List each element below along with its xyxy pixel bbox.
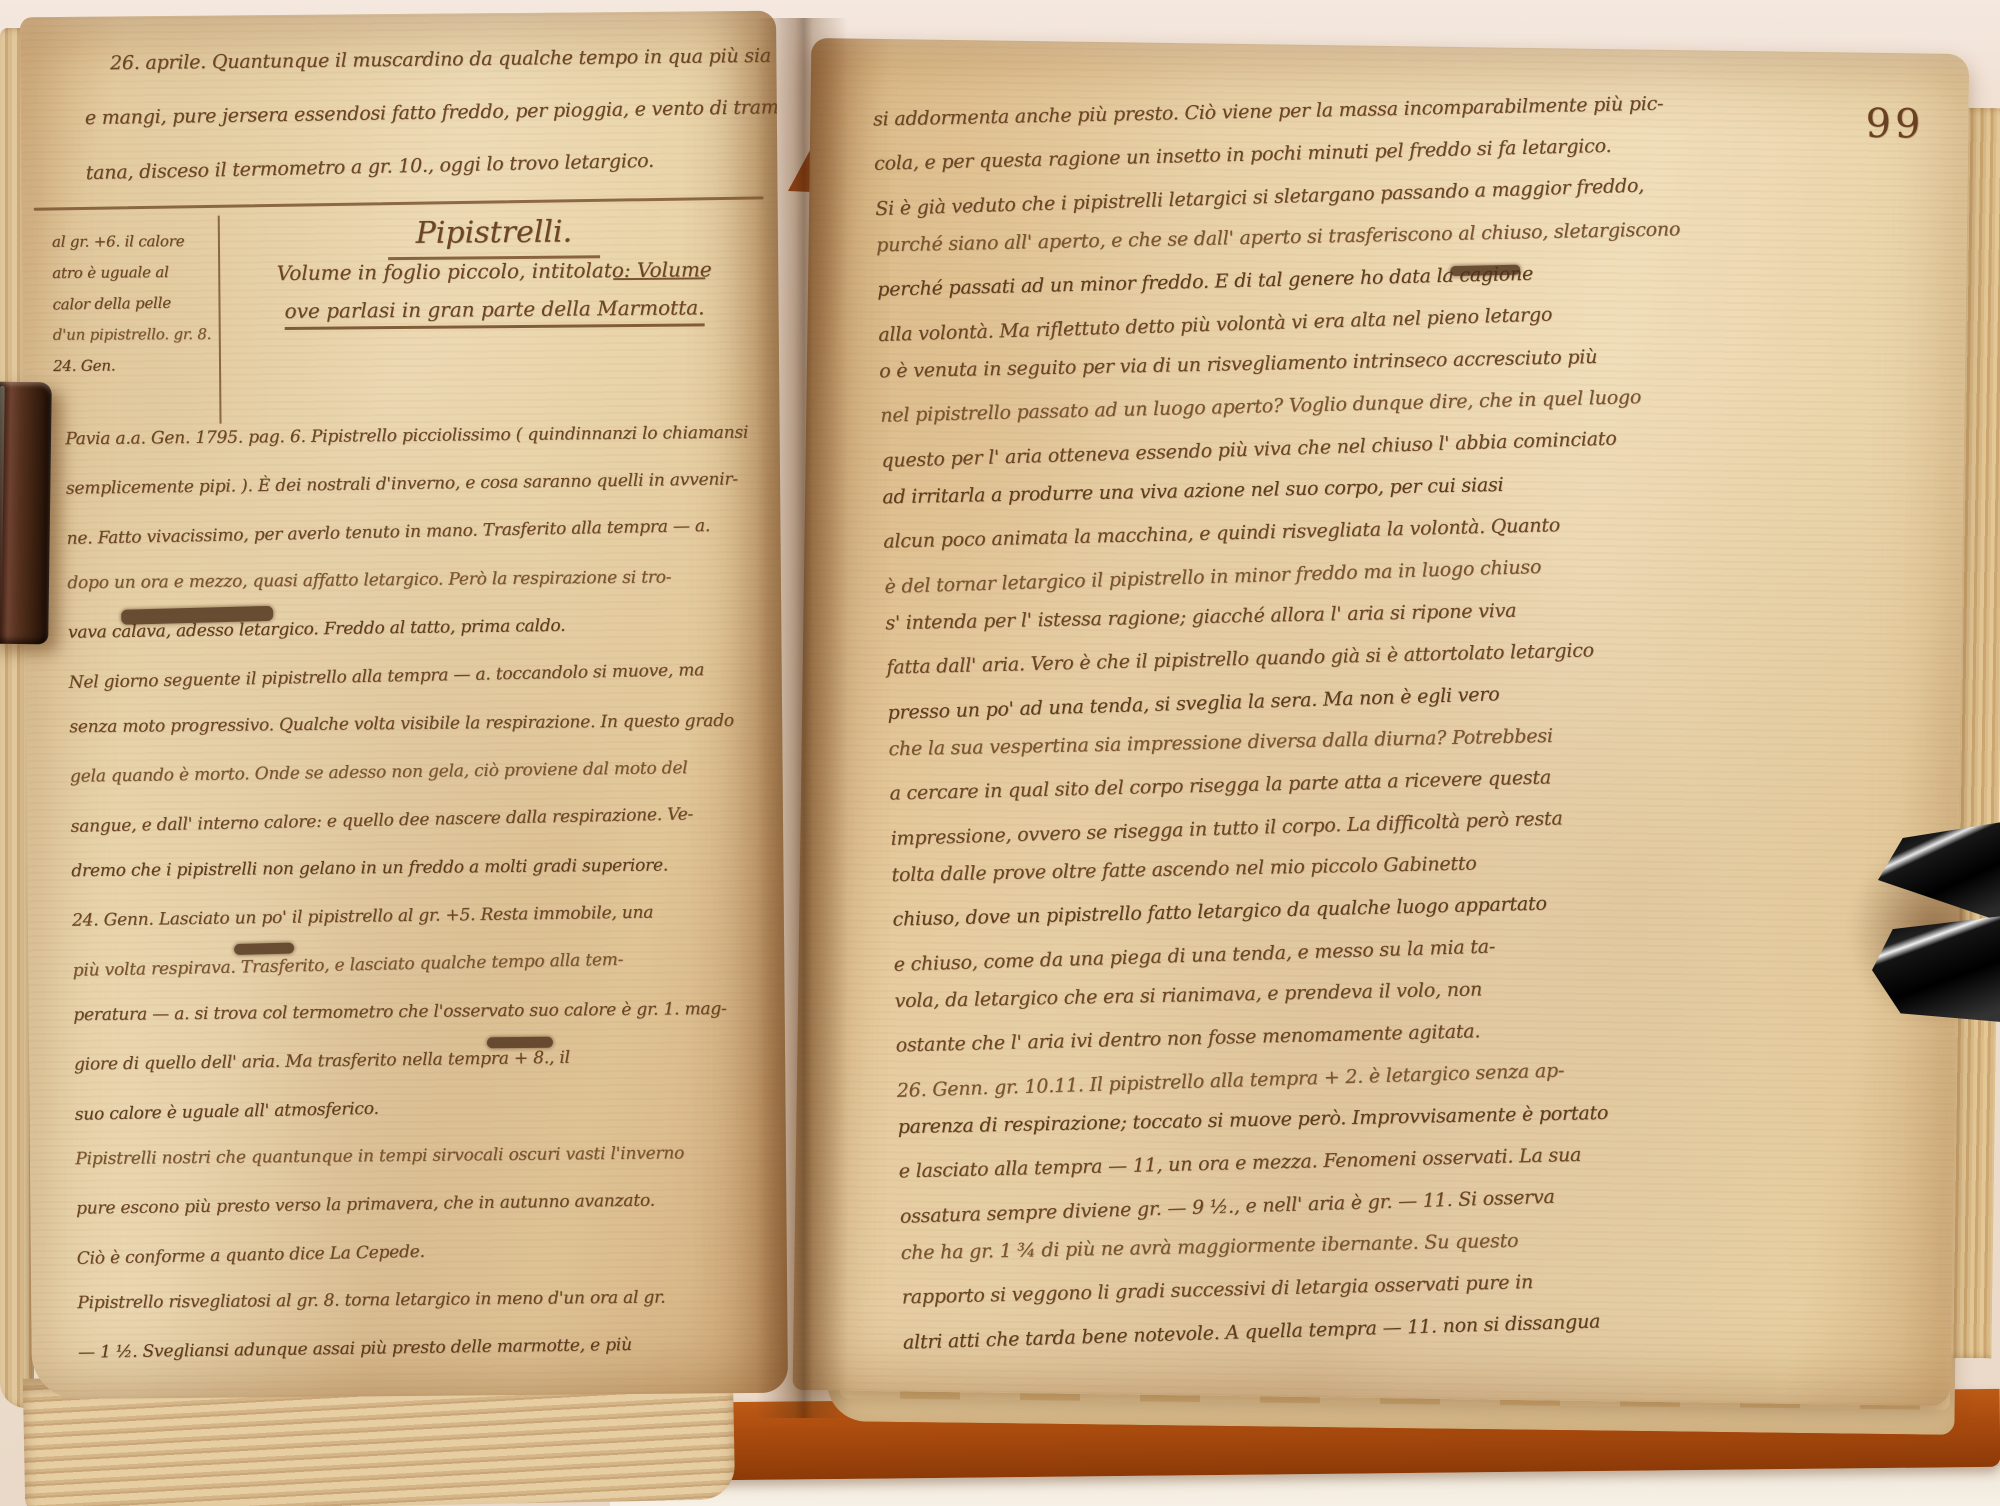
handwritten-line: Pavia a.a. Gen. 1795. pag. 6. Pipistrell…: [65, 409, 763, 464]
handwritten-line: dopo un ora e mezzo, quasi affatto letar…: [67, 553, 765, 608]
handwritten-line: calor della pelle: [52, 287, 212, 320]
handwritten-line: Pipistrelli nostri che quantunque in tem…: [75, 1128, 773, 1183]
manuscript-photo: 26. aprile. Quantunque il muscardino da …: [0, 0, 2000, 1506]
margin-note: al gr. +6. il caloreatro è uguale alcalo…: [38, 216, 222, 426]
clip-highlight: [0, 386, 5, 636]
handwritten-line: Pipistrello risvegliatosi al gr. 8. torn…: [77, 1272, 775, 1327]
section-subtitle-line-1: Volume in foglio piccolo, intitolato: Vo…: [277, 257, 712, 285]
left-page-intro-paragraph: 26. aprile. Quantunque il muscardino da …: [84, 29, 760, 199]
handwritten-line: senza moto progressivo. Qualche volta vi…: [69, 697, 767, 752]
left-page-body-text: Pavia a.a. Gen. 1795. pag. 6. Pipistrell…: [65, 407, 776, 1377]
handwritten-line: 24. Gen.: [53, 350, 213, 382]
right-manuscript-page: 99 si addormenta anche più presto. Ciò v…: [793, 38, 1970, 1406]
right-page-body-text: si addormenta anche più presto. Ciò vien…: [873, 74, 1970, 1360]
handwritten-line: 26. aprile. Quantunque il muscardino da …: [110, 30, 759, 90]
handwritten-line: atro è uguale al: [52, 257, 212, 289]
ink-strikethrough: [1450, 265, 1520, 276]
left-manuscript-page: 26. aprile. Quantunque il muscardino da …: [20, 11, 788, 1400]
section-title: Pipistrelli.: [387, 214, 600, 260]
handwritten-line: al gr. +6. il calore: [52, 226, 212, 258]
section-heading-block: Pipistrelli. Volume in foglio piccolo, i…: [234, 213, 755, 331]
handwritten-line: dremo che i pipistrelli non gelano in un…: [71, 841, 769, 896]
handwritten-line: — 1 ½. Svegliansi adunque assai più pres…: [78, 1319, 777, 1377]
section-subtitle-line-2: ove parlasi in gran parte della Marmotta…: [285, 295, 705, 330]
ink-strikethrough: [487, 1037, 553, 1049]
ink-strikethrough: [234, 942, 294, 955]
handwritten-line: d'un pipistrello. gr. 8.: [53, 319, 213, 351]
handwritten-line: peratura — a. si trova col termometro ch…: [73, 985, 771, 1040]
left-metal-clip[interactable]: [0, 382, 52, 645]
